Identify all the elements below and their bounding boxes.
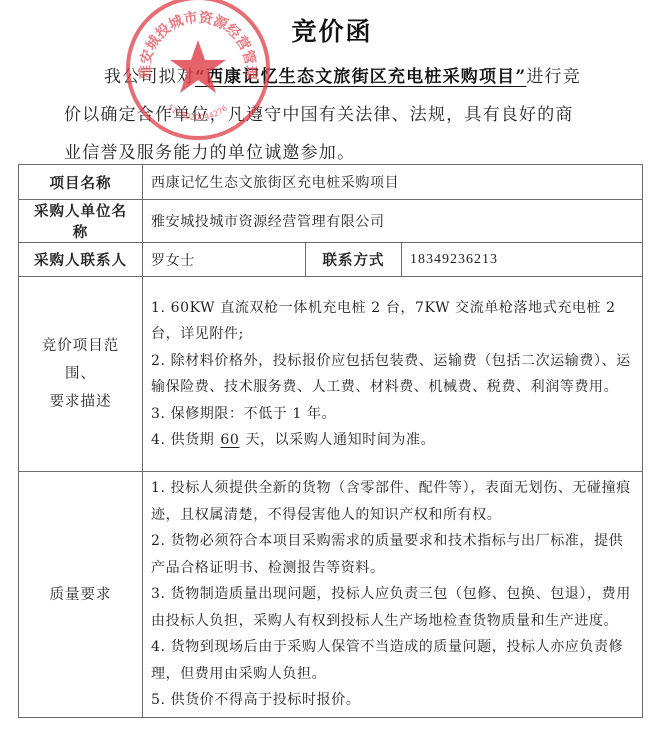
delivery-suffix: 天，以采购人通知时间为准。 bbox=[245, 432, 435, 448]
scope-item-1: 1. 60KW 直流双枪一体机充电桩 2 台，7KW 交流单枪落地式充电桩 2 … bbox=[151, 295, 634, 348]
intro-paragraph: 我公司拟对“西康记忆生态文旅街区充电桩采购项目”进行竞价以确定合作单位，凡遵守中… bbox=[64, 58, 584, 172]
delivery-prefix: 4. 供货期 bbox=[151, 432, 214, 448]
intro-project-name: “西康记忆生态文旅街区充电桩采购项目” bbox=[195, 67, 526, 87]
table-row-contact: 采购人联系人 罗女士 联系方式 18349236213 bbox=[19, 243, 643, 277]
delivery-days: 60 bbox=[214, 432, 245, 448]
quality-item-3: 3. 货物制造质量出现问题，投标人应负责三包（包修、包换、包退），费用由投标人负… bbox=[151, 581, 634, 634]
quality-item-4: 4. 货物到现场后由于采购人保管不当造成的质量问题，投标人亦应负责修理，但费用由… bbox=[151, 634, 634, 687]
project-name-label: 项目名称 bbox=[19, 165, 143, 200]
purchaser-label: 采购人单位名称 bbox=[19, 200, 143, 243]
contact-phone-label: 联系方式 bbox=[306, 243, 402, 277]
table-row-purchaser: 采购人单位名称 雅安城投城市资源经营管理有限公司 bbox=[19, 200, 643, 243]
quality-requirements: 1. 投标人须提供全新的货物（含零部件、配件等），表面无划伤、无碰撞痕迹，且权属… bbox=[143, 472, 643, 718]
scope-item-4: 4. 供货期60天，以采购人通知时间为准。 bbox=[151, 427, 634, 454]
document-title: 竞价函 bbox=[0, 12, 664, 48]
scope-item-3: 3. 保修期限：不低于 1 年。 bbox=[151, 401, 634, 428]
contact-person-label: 采购人联系人 bbox=[19, 243, 143, 277]
table-row-project-name: 项目名称 西康记忆生态文旅街区充电桩采购项目 bbox=[19, 165, 643, 200]
scope-label-line1: 竞价项目范围、 bbox=[27, 332, 134, 388]
scope-label-line2: 要求描述 bbox=[27, 388, 134, 416]
table-row-scope: 竞价项目范围、 要求描述 1. 60KW 直流双枪一体机充电桩 2 台，7KW … bbox=[19, 277, 643, 472]
quality-item-2: 2. 货物必须符合本项目采购需求的质量要求和技术指标与出厂标准，提供产品合格证明… bbox=[151, 528, 634, 581]
contact-person-value: 罗女士 bbox=[143, 243, 306, 277]
project-name-value: 西康记忆生态文旅街区充电桩采购项目 bbox=[143, 165, 643, 200]
bidding-info-table: 项目名称 西康记忆生态文旅街区充电桩采购项目 采购人单位名称 雅安城投城市资源经… bbox=[18, 164, 643, 718]
scope-label: 竞价项目范围、 要求描述 bbox=[19, 277, 143, 472]
intro-prefix: 我公司拟对 bbox=[104, 67, 195, 87]
quality-item-5: 5. 供货价不得高于投标时报价。 bbox=[151, 687, 634, 714]
quality-item-1: 1. 投标人须提供全新的货物（含零部件、配件等），表面无划伤、无碰撞痕迹，且权属… bbox=[151, 475, 634, 528]
scope-item-2: 2. 除材料价格外，投标报价应包括包装费、运输费（包括二次运输费）、运输保险费、… bbox=[151, 348, 634, 401]
scope-description: 1. 60KW 直流双枪一体机充电桩 2 台，7KW 交流单枪落地式充电桩 2 … bbox=[143, 277, 643, 472]
contact-phone-value: 18349236213 bbox=[402, 243, 643, 277]
table-row-quality: 质量要求 1. 投标人须提供全新的货物（含零部件、配件等），表面无划伤、无碰撞痕… bbox=[19, 472, 643, 718]
purchaser-value: 雅安城投城市资源经营管理有限公司 bbox=[143, 200, 643, 243]
quality-label: 质量要求 bbox=[19, 472, 143, 718]
